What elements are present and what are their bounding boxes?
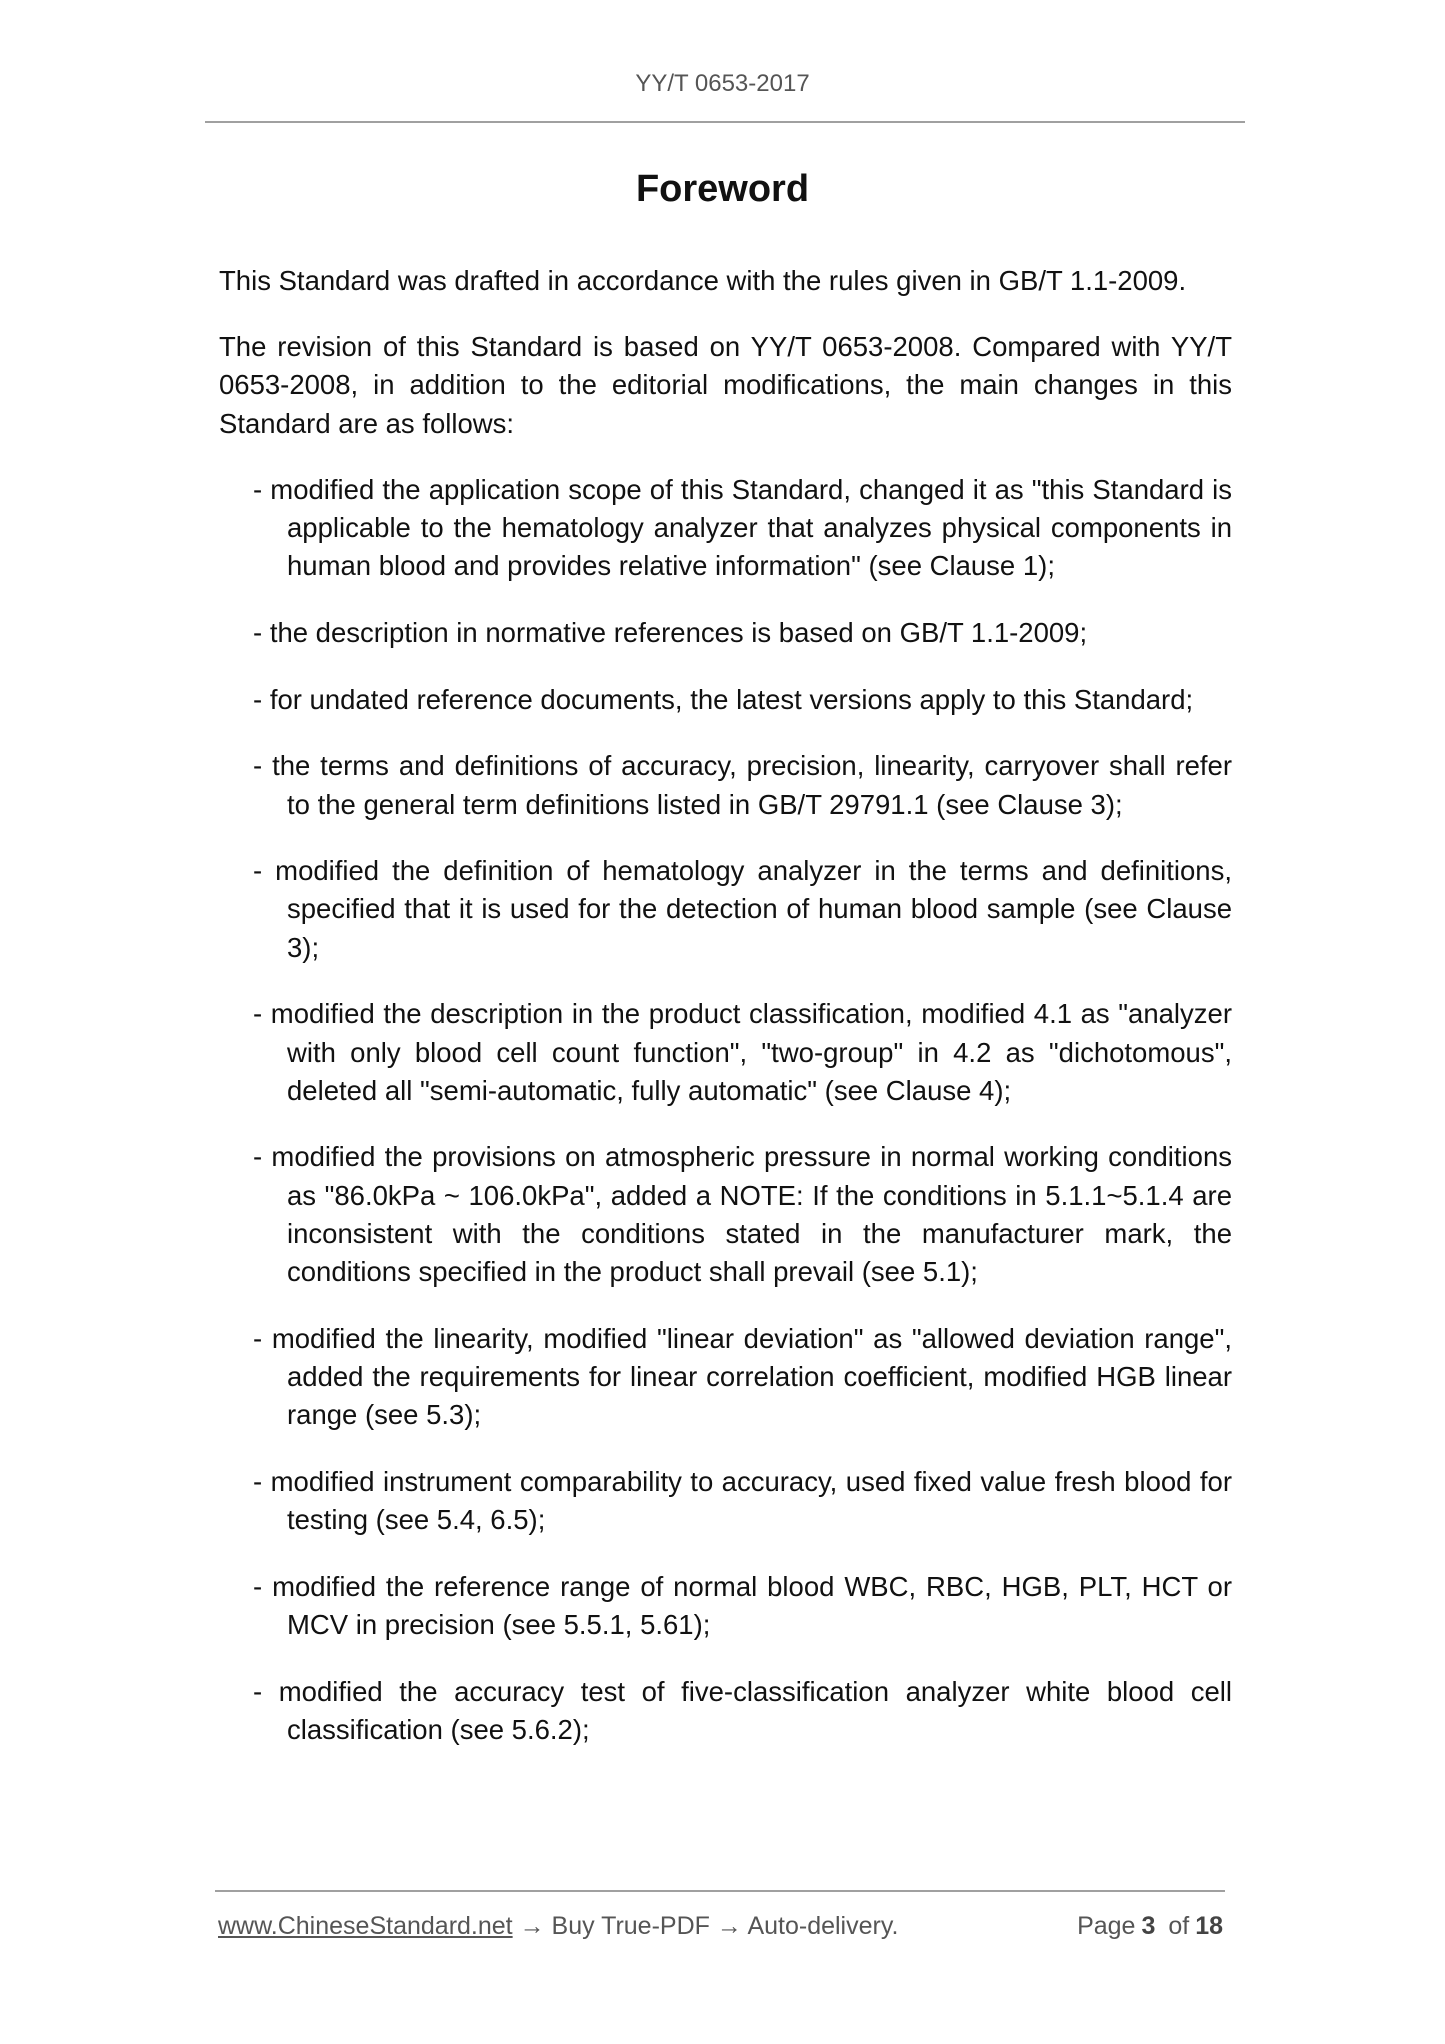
list-item-text: the terms and definitions of accuracy, p… xyxy=(272,750,1232,819)
footer-promo: www.ChineseStandard.net → Buy True-PDF →… xyxy=(218,1912,898,1941)
footer-divider xyxy=(215,1890,1225,1892)
changes-list: - modified the application scope of this… xyxy=(219,471,1232,1749)
list-item-text: modified instrument comparability to acc… xyxy=(271,1466,1232,1535)
of-label: of xyxy=(1168,1912,1189,1940)
dash-bullet: - xyxy=(253,684,262,715)
list-item-text: modified the linearity, modified "linear… xyxy=(272,1323,1232,1430)
list-item: - the description in normative reference… xyxy=(219,614,1232,652)
list-item-text: modified the provisions on atmospheric p… xyxy=(271,1141,1232,1287)
list-item-text: modified the description in the product … xyxy=(271,998,1232,1105)
list-item: - modified the accuracy test of five-cla… xyxy=(219,1673,1232,1749)
website-link[interactable]: www.ChineseStandard.net xyxy=(218,1912,513,1940)
dash-bullet: - xyxy=(253,750,262,781)
list-item: - for undated reference documents, the l… xyxy=(219,681,1232,719)
list-item-text: modified the definition of hematology an… xyxy=(275,855,1232,962)
dash-bullet: - xyxy=(253,1141,262,1172)
dash-bullet: - xyxy=(253,474,262,505)
paragraph-drafting-rules: This Standard was drafted in accordance … xyxy=(219,262,1232,300)
dash-bullet: - xyxy=(253,1466,262,1497)
page-footer: www.ChineseStandard.net → Buy True-PDF →… xyxy=(218,1912,1223,1941)
list-item-text: modified the reference range of normal b… xyxy=(272,1571,1232,1640)
footer-step-delivery: Auto-delivery. xyxy=(747,1912,898,1940)
paragraph-revision-basis: The revision of this Standard is based o… xyxy=(219,328,1232,443)
footer-step-buy: Buy True-PDF xyxy=(552,1912,710,1940)
list-item: - modified the application scope of this… xyxy=(219,471,1232,586)
list-item-text: for undated reference documents, the lat… xyxy=(270,684,1193,715)
document-code-header: YY/T 0653-2017 xyxy=(0,70,1445,98)
current-page-number: 3 xyxy=(1141,1912,1155,1940)
arrow-right-icon: → xyxy=(520,1912,545,1940)
page-title: Foreword xyxy=(0,168,1445,211)
header-divider xyxy=(205,121,1245,123)
list-item-text: modified the application scope of this S… xyxy=(270,474,1232,581)
list-item: - modified the reference range of normal… xyxy=(219,1568,1232,1644)
list-item: - the terms and definitions of accuracy,… xyxy=(219,747,1232,823)
list-item-text: the description in normative references … xyxy=(270,617,1087,648)
arrow-right-icon: → xyxy=(717,1912,742,1940)
dash-bullet: - xyxy=(253,998,262,1029)
dash-bullet: - xyxy=(253,1323,262,1354)
foreword-body: This Standard was drafted in accordance … xyxy=(219,262,1232,1778)
total-pages-number: 18 xyxy=(1195,1912,1223,1940)
list-item-text: modified the accuracy test of five-class… xyxy=(279,1676,1232,1745)
page-indicator: Page3 of18 xyxy=(1077,1912,1223,1941)
dash-bullet: - xyxy=(253,617,262,648)
list-item: - modified instrument comparability to a… xyxy=(219,1463,1232,1539)
dash-bullet: - xyxy=(253,1676,262,1707)
list-item: - modified the linearity, modified "line… xyxy=(219,1320,1232,1435)
list-item: - modified the definition of hematology … xyxy=(219,852,1232,967)
list-item: - modified the description in the produc… xyxy=(219,995,1232,1110)
page-label: Page xyxy=(1077,1912,1135,1940)
dash-bullet: - xyxy=(253,855,262,886)
dash-bullet: - xyxy=(253,1571,262,1602)
list-item: - modified the provisions on atmospheric… xyxy=(219,1138,1232,1291)
